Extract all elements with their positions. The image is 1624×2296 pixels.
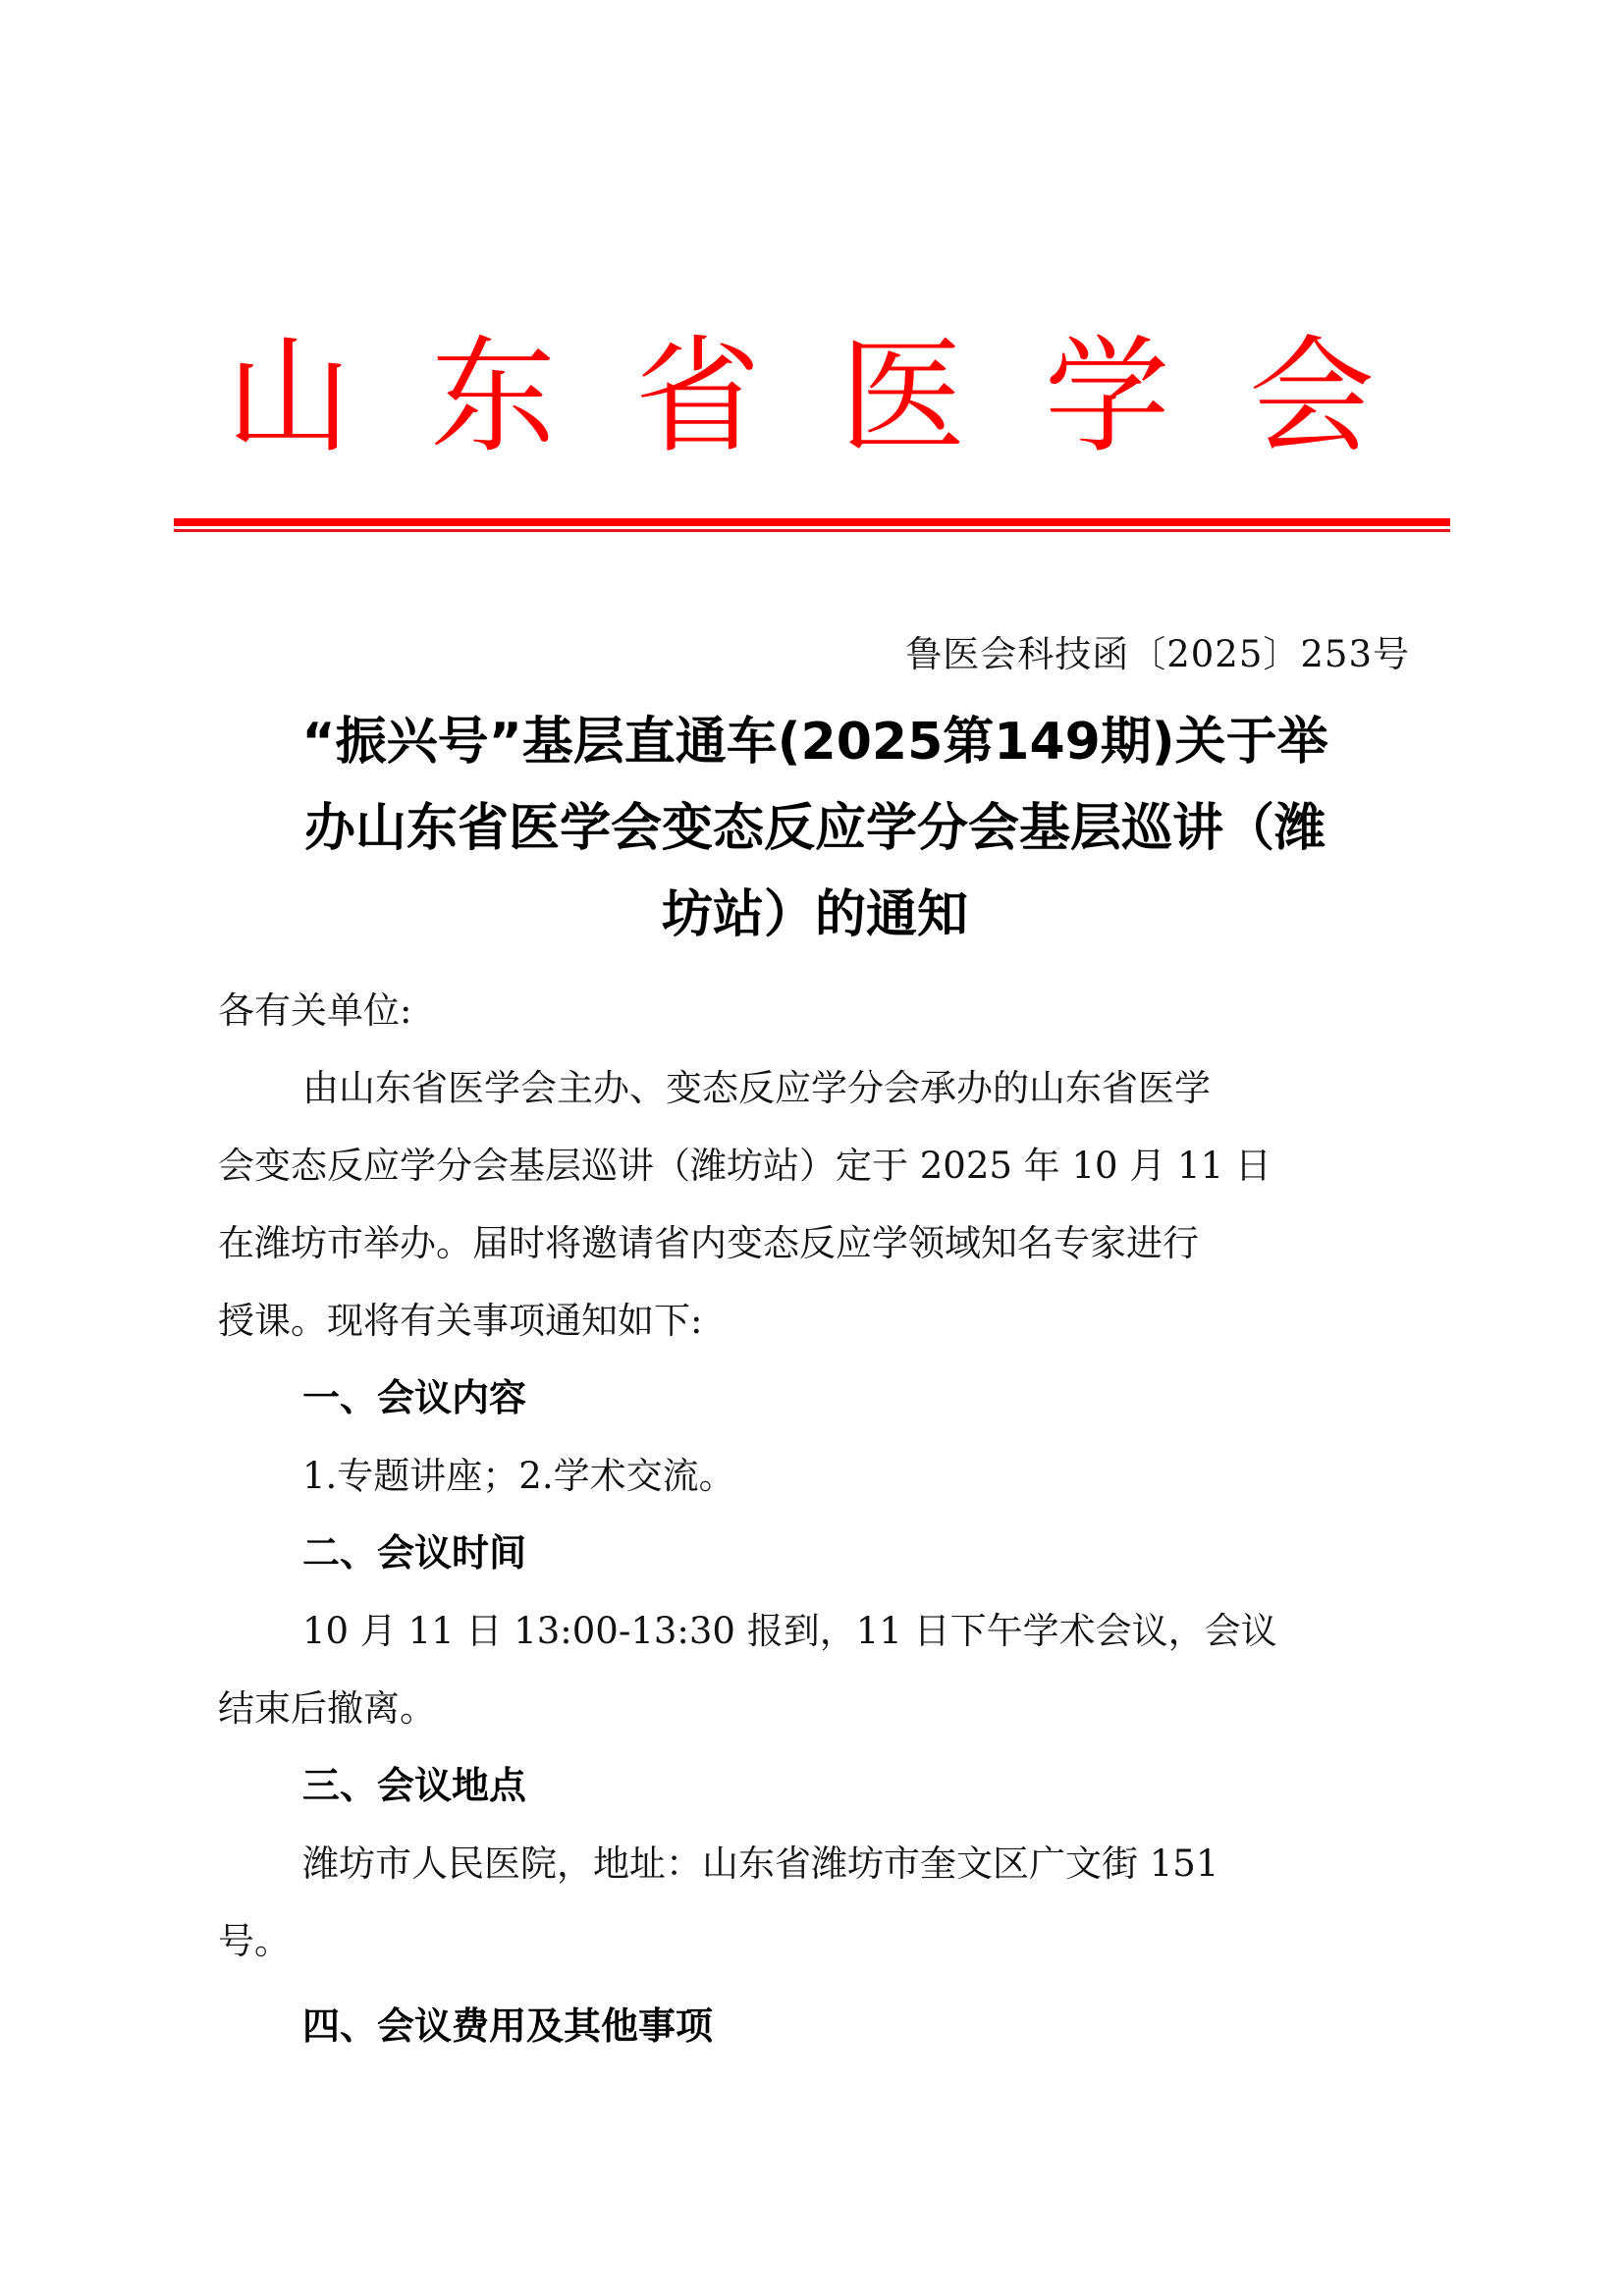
letterhead-divider-thick <box>174 518 1450 526</box>
intro-line: 会变态反应学分会基层巡讲（潍坊站）定于 2025 年 10 月 11 日 <box>218 1127 1418 1204</box>
letterhead-char: 省 <box>635 335 761 460</box>
title-line: “振兴号”基层直通车(2025第149期)关于举 <box>211 699 1419 785</box>
document-body: 各有关单位: 由山东省医学会主办、变态反应学分会承办的山东省医学 会变态反应学分… <box>218 972 1418 2065</box>
letterhead-char: 山 <box>226 335 352 460</box>
intro-line: 授课。现将有关事项通知如下: <box>218 1282 1418 1360</box>
intro-line: 在潍坊市举办。届时将邀请省内变态反应学领域知名专家进行 <box>218 1204 1418 1282</box>
intro-line: 由山东省医学会主办、变态反应学分会承办的山东省医学 <box>218 1049 1418 1127</box>
section-heading-content: 一、会议内容 <box>218 1360 1418 1437</box>
letterhead-organization-name: 山 东 省 医 学 会 <box>226 324 1375 471</box>
section-heading-fees: 四、会议费用及其他事项 <box>218 1988 1418 2065</box>
title-line: 坊站）的通知 <box>211 872 1419 958</box>
letterhead-char: 医 <box>839 335 965 460</box>
section-heading-location: 三、会议地点 <box>218 1747 1418 1825</box>
letterhead-char: 会 <box>1249 335 1375 460</box>
section-line: 潍坊市人民医院，地址：山东省潍坊市奎文区广文街 151 <box>218 1825 1418 1902</box>
section-heading-time: 二、会议时间 <box>218 1515 1418 1592</box>
salutation: 各有关单位: <box>218 972 1418 1049</box>
document-page: 山 东 省 医 学 会 鲁医会科技函〔2025〕253号 “振兴号”基层直通车(… <box>0 0 1624 2296</box>
section-line: 号。 <box>218 1902 1418 1980</box>
section-line: 1.专题讲座；2.学术交流。 <box>218 1437 1418 1515</box>
section-line: 结束后撤离。 <box>218 1670 1418 1747</box>
document-title: “振兴号”基层直通车(2025第149期)关于举 办山东省医学会变态反应学分会基… <box>211 699 1419 958</box>
letterhead-char: 东 <box>430 335 556 460</box>
letterhead-char: 学 <box>1045 335 1170 460</box>
letterhead-divider-thin <box>174 529 1450 532</box>
title-line: 办山东省医学会变态反应学分会基层巡讲（潍 <box>211 785 1419 872</box>
section-line: 10 月 11 日 13:00-13:30 报到，11 日下午学术会议，会议 <box>218 1592 1418 1670</box>
document-number: 鲁医会科技函〔2025〕253号 <box>905 624 1410 677</box>
